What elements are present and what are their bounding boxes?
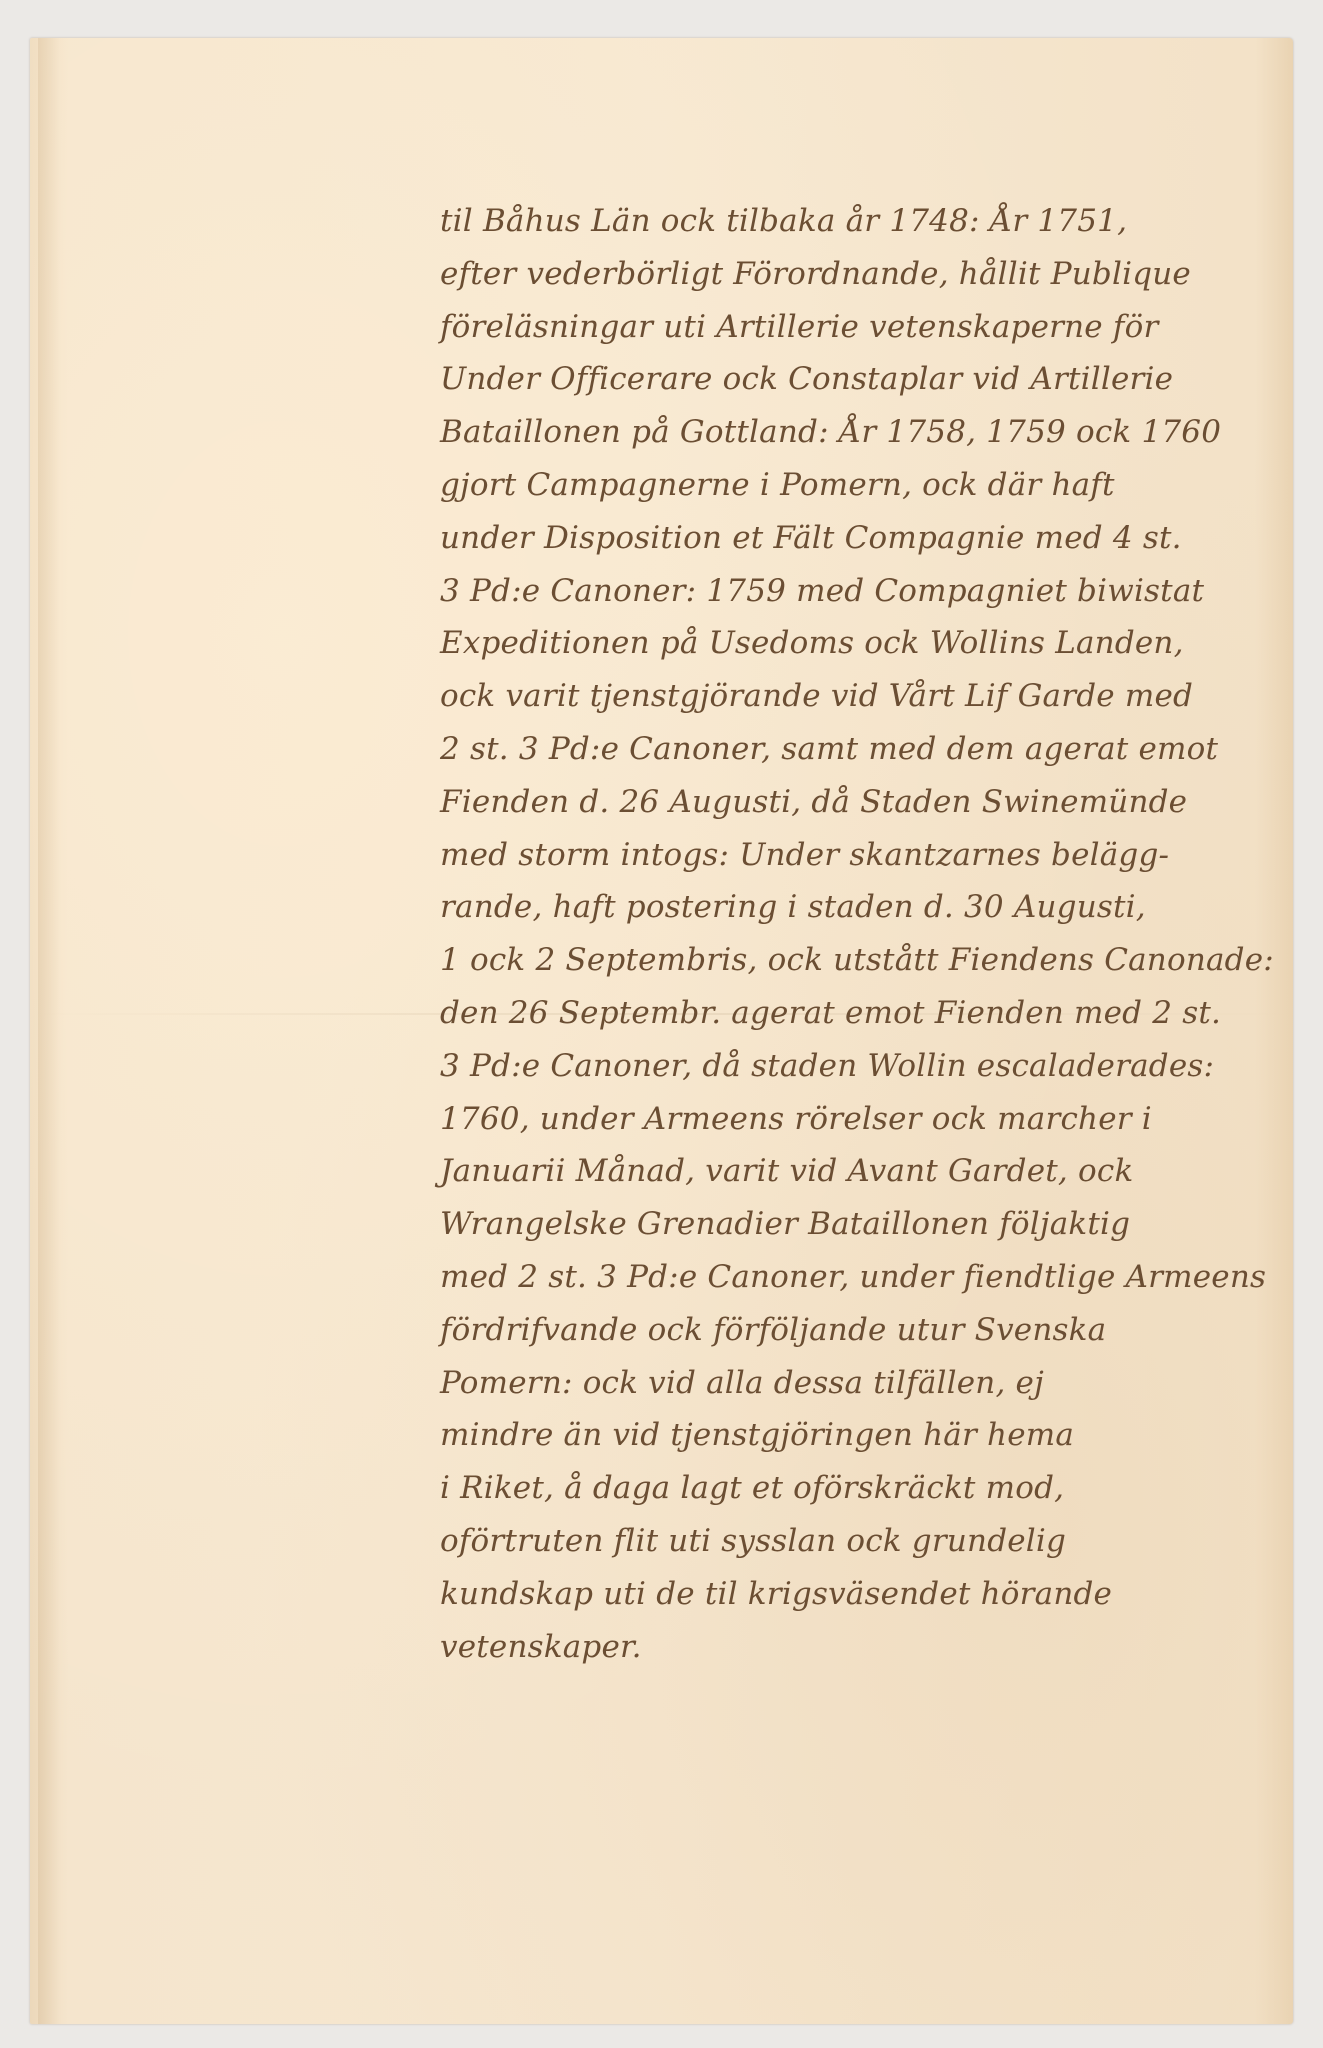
text-line: 1760, under Armeens rörelser ock marcher… [440,1093,1270,1146]
text-line: 3 Pd:e Canoner, då staden Wollin escalad… [440,1040,1270,1093]
handwritten-text-block: til Båhus Län ock tilbaka år 1748: År 17… [440,195,1270,1673]
text-line: Januarii Månad, varit vid Avant Gardet, … [440,1145,1270,1198]
text-line: Fienden d. 26 Augusti, då Staden Swinemü… [440,776,1270,829]
text-line: med storm intogs: Under skantzarnes belä… [440,829,1270,882]
text-line: oförtruten flit uti sysslan ock grundeli… [440,1515,1270,1568]
text-line: Expeditionen på Usedoms ock Wollins Land… [440,617,1270,670]
text-line: Bataillonen på Gottland: År 1758, 1759 o… [440,406,1270,459]
text-line: efter vederbörligt Förordnande, hållit P… [440,248,1270,301]
text-line: föreläsningar uti Artillerie vetenskaper… [440,301,1270,354]
text-line: under Disposition et Fält Compagnie med … [440,512,1270,565]
text-line: fördrifvande ock förföljande utur Svensk… [440,1304,1270,1357]
text-line: 3 Pd:e Canoner: 1759 med Compagniet biwi… [440,565,1270,618]
text-line: vetenskaper. [440,1621,1270,1674]
text-line: 2 st. 3 Pd:e Canoner, samt med dem agera… [440,723,1270,776]
text-line: i Riket, å daga lagt et oförskräckt mod, [440,1462,1270,1515]
text-line: til Båhus Län ock tilbaka år 1748: År 17… [440,195,1270,248]
text-line: gjort Campagnerne i Pomern, ock där haft [440,459,1270,512]
text-line: Wrangelske Grenadier Bataillonen följakt… [440,1198,1270,1251]
text-line: Under Officerare ock Constaplar vid Arti… [440,353,1270,406]
text-line: 1 ock 2 Septembris, ock utstått Fiendens… [440,934,1270,987]
text-line: rande, haft postering i staden d. 30 Aug… [440,881,1270,934]
text-line: med 2 st. 3 Pd:e Canoner, under fiendtli… [440,1251,1270,1304]
text-line: mindre än vid tjenstgjöringen här hema [440,1409,1270,1462]
text-line: kundskap uti de til krigsväsendet hörand… [440,1568,1270,1621]
text-line: den 26 Septembr. agerat emot Fienden med… [440,987,1270,1040]
text-line: ock varit tjenstgjörande vid Vårt Lif Ga… [440,670,1270,723]
text-line: Pomern: ock vid alla dessa tilfällen, ej [440,1357,1270,1410]
